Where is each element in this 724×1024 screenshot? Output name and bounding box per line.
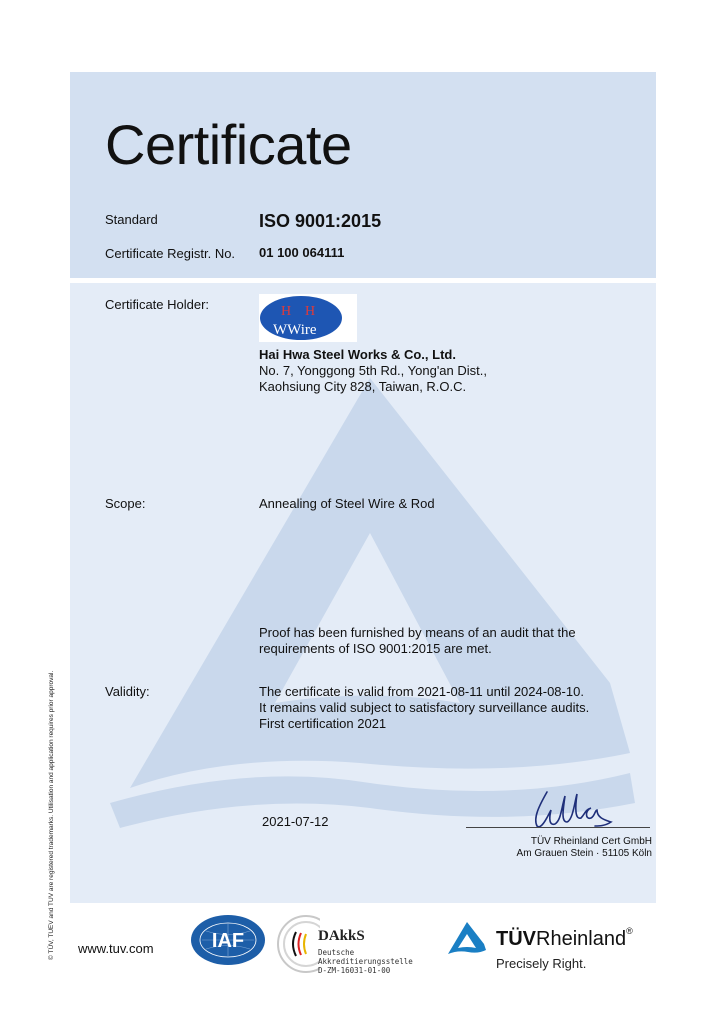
validity-text: The certificate is valid from 2021-08-11… bbox=[259, 684, 589, 732]
dakks-line-3: D-ZM-16031-01-00 bbox=[318, 966, 413, 975]
proof-line-1: Proof has been furnished by means of an … bbox=[259, 625, 576, 641]
company-logo: H H WWire bbox=[259, 294, 357, 342]
tuv-triangle-logo-icon bbox=[446, 920, 488, 958]
dakks-line-2: Akkreditierungsstelle bbox=[318, 957, 413, 966]
standard-value: ISO 9001:2015 bbox=[259, 211, 381, 232]
holder-address-2: Kaohsiung City 828, Taiwan, R.O.C. bbox=[259, 379, 487, 395]
validity-line-2: It remains valid subject to satisfactory… bbox=[259, 700, 589, 716]
proof-line-2: requirements of ISO 9001:2015 are met. bbox=[259, 641, 576, 657]
scope-label: Scope: bbox=[105, 496, 145, 511]
holder-label: Certificate Holder: bbox=[105, 297, 209, 312]
certificate-title: Certificate bbox=[105, 112, 352, 177]
svg-text:IAF: IAF bbox=[212, 930, 244, 952]
svg-text:WWire: WWire bbox=[273, 322, 317, 338]
dakks-line-1: Deutsche bbox=[318, 948, 413, 957]
iaf-logo-icon: IAF bbox=[190, 914, 266, 966]
issuer-name: TÜV Rheinland Cert GmbH bbox=[517, 836, 652, 848]
holder-name: Hai Hwa Steel Works & Co., Ltd. bbox=[259, 347, 487, 363]
tuv-brand: TÜVRheinland® bbox=[496, 928, 633, 951]
tuv-brand-bold: TÜV bbox=[496, 928, 536, 950]
registr-value: 01 100 064111 bbox=[259, 245, 344, 260]
tuv-brand-regular: Rheinland bbox=[536, 928, 626, 950]
scope-value: Annealing of Steel Wire & Rod bbox=[259, 496, 435, 512]
dakks-info: Deutsche Akkreditierungsstelle D-ZM-1603… bbox=[318, 948, 413, 975]
proof-text: Proof has been furnished by means of an … bbox=[259, 625, 576, 657]
issuer-address: Am Grauen Stein · 51105 Köln bbox=[517, 848, 652, 860]
validity-line-3: First certification 2021 bbox=[259, 716, 589, 732]
issuer-block: TÜV Rheinland Cert GmbH Am Grauen Stein … bbox=[517, 836, 652, 860]
website-link[interactable]: www.tuv.com bbox=[78, 941, 154, 956]
registered-mark: ® bbox=[626, 926, 633, 936]
tuv-slogan: Precisely Right. bbox=[496, 956, 586, 971]
trademark-note: © TÜV, TUEV and TUV are registered trade… bbox=[48, 671, 55, 960]
validity-line-1: The certificate is valid from 2021-08-11… bbox=[259, 684, 589, 700]
svg-text:H: H bbox=[305, 304, 315, 319]
issue-date: 2021-07-12 bbox=[262, 814, 329, 830]
dakks-logo-icon bbox=[276, 914, 320, 974]
signature-line bbox=[466, 827, 650, 828]
hh-wire-logo-icon: H H WWire bbox=[259, 294, 357, 342]
validity-label: Validity: bbox=[105, 684, 150, 699]
holder-address-1: No. 7, Yonggong 5th Rd., Yong'an Dist., bbox=[259, 363, 487, 379]
svg-text:H: H bbox=[281, 304, 291, 319]
registr-label: Certificate Registr. No. bbox=[105, 246, 235, 261]
dakks-title: DAkkS bbox=[318, 928, 365, 945]
standard-label: Standard bbox=[105, 212, 158, 227]
holder-info: Hai Hwa Steel Works & Co., Ltd. No. 7, Y… bbox=[259, 347, 487, 395]
